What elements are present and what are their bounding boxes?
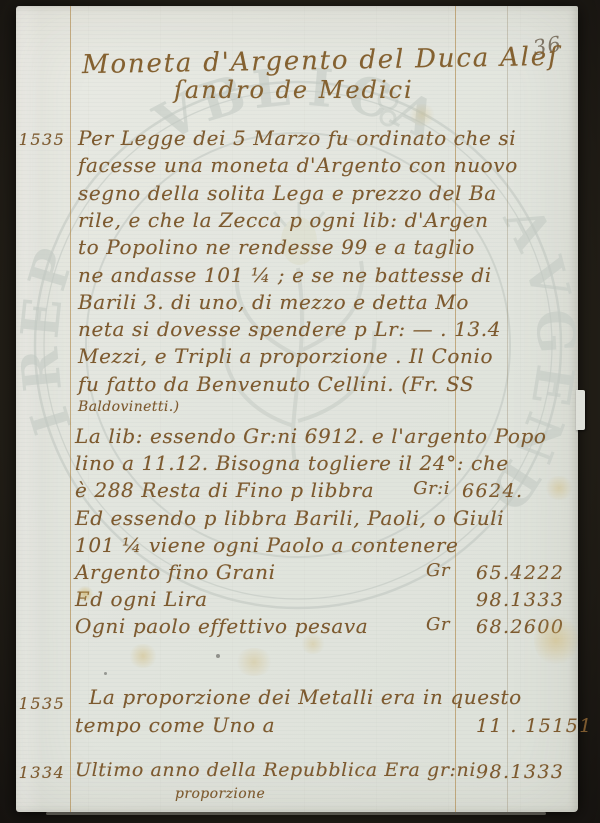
manuscript-line: 101 ¼ viene ogni Paolo a contenere	[75, 533, 458, 557]
manuscript-line: ne andasse 101 ¼ ; e se ne battesse di	[78, 263, 492, 287]
manuscript-line: Baldovinetti.)	[78, 399, 179, 415]
manuscript-line: è 288 Resta di Fino p libbra	[75, 478, 374, 502]
paper-stain	[128, 644, 158, 668]
manuscript-line: lino a 11.12. Bisogna togliere il 24°: c…	[75, 451, 509, 475]
amount-value: 68.2600	[476, 616, 564, 638]
manuscript-line: Ogni paolo effettivo pesava	[75, 614, 368, 638]
paper-stain	[234, 648, 274, 676]
underlying-page-edge	[46, 812, 546, 815]
watermark-letter: E	[16, 295, 74, 341]
unit-label: Gr	[390, 614, 450, 635]
paper-stain	[544, 476, 574, 500]
manuscript-line: facesse una moneta d'Argento con nuovo	[78, 153, 518, 177]
manuscript-line: rile, e che la Zecca p ogni lib: d'Argen	[78, 208, 489, 232]
manuscript-line: neta si dovesse spendere p Lr: — . 13.4	[78, 317, 501, 341]
watermark-letter: R	[16, 344, 74, 394]
manuscript-line: La proporzione dei Metalli era in questo	[89, 685, 522, 709]
watermark-letter: E	[519, 361, 578, 410]
paper-stain	[408, 104, 436, 126]
amount-value: 98.1333	[476, 761, 564, 783]
manuscript-line: Argento fino Grani	[75, 560, 276, 584]
manuscript-line: Ed ogni Lira	[75, 587, 208, 611]
watermark-letter: A	[491, 195, 564, 260]
year-label: 1334	[18, 763, 66, 782]
amount-value: 65.4222	[476, 562, 564, 584]
paper-edge-tab	[576, 390, 585, 430]
watermark-letter: P	[17, 242, 87, 297]
manuscript-line: fu fatto da Benvenuto Cellini. (Fr. SS	[78, 372, 474, 396]
amount-value: 11 . 15151	[476, 715, 593, 737]
margin-rule-left	[70, 6, 71, 812]
manuscript-page: PERIVBLICAAVGEND 36 Moneta d'Argento del…	[16, 6, 578, 812]
paper-speck	[216, 654, 220, 658]
page-title-line1: Moneta d'Argento del Duca Aleſ	[82, 42, 560, 80]
page-title-line2: ſandro de Medici	[174, 76, 414, 104]
manuscript-line: to Popolino ne rendesse 99 e a taglio	[78, 235, 475, 259]
manuscript-line: Barili 3. di uno, di mezzo e detta Mo	[78, 290, 469, 314]
amount-value: 6624.	[462, 480, 523, 502]
watermark-letter: G	[524, 308, 578, 356]
unit-label: Gr:i	[390, 478, 450, 499]
paper-speck	[104, 672, 107, 675]
watermark-letter: V	[512, 250, 578, 307]
scan-background: PERIVBLICAAVGEND 36 Moneta d'Argento del…	[0, 0, 600, 823]
manuscript-line: Mezzi, e Tripli a proporzione . Il Conio	[78, 344, 493, 368]
manuscript-line: tempo come Uno a	[75, 713, 275, 737]
amount-value: 98.1333	[476, 589, 564, 611]
manuscript-line: La lib: essendo Gr:ni 6912. e l'argento …	[75, 424, 547, 448]
manuscript-line: Ed essendo p libbra Barili, Paoli, o Giu…	[75, 506, 504, 530]
manuscript-line: Ultimo anno della Repubblica Era gr:ni	[75, 759, 476, 781]
year-label: 1535	[18, 694, 66, 713]
year-label: 1535	[18, 130, 66, 149]
manuscript-line: proporzione	[175, 786, 265, 802]
manuscript-line: Per Legge dei 5 Marzo fu ordinato che si	[78, 126, 516, 150]
manuscript-line: segno della solita Lega e prezzo del Ba	[78, 181, 497, 205]
unit-label: Gr	[390, 560, 450, 581]
